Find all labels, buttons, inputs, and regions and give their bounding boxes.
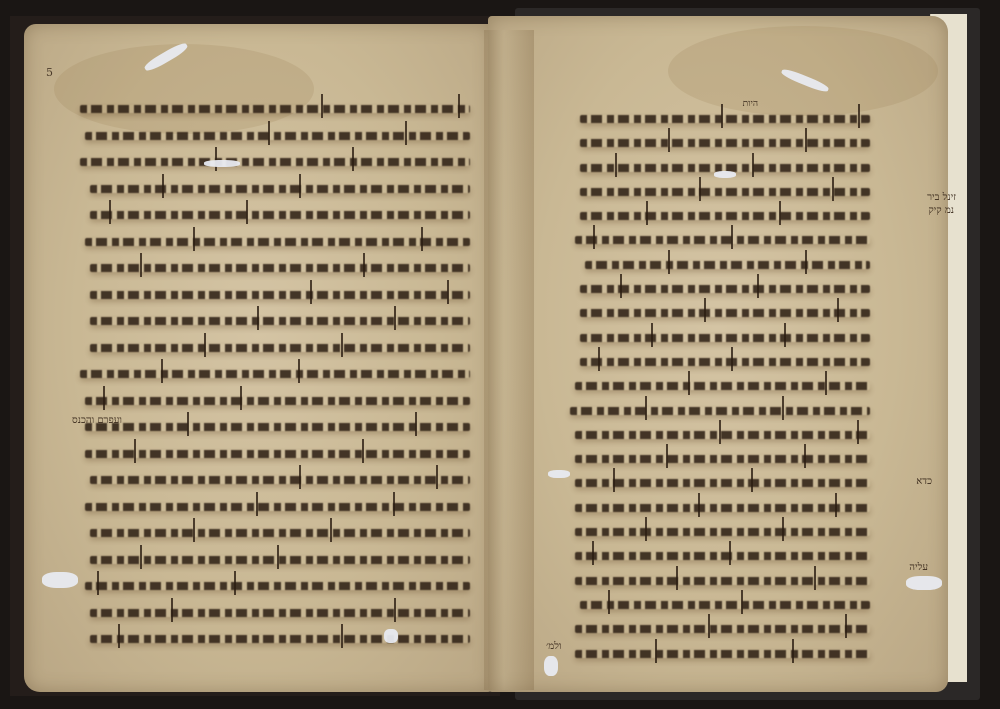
manuscript-line xyxy=(70,149,470,176)
left-page-text-block xyxy=(70,96,470,653)
letter-stroke xyxy=(321,94,323,118)
letter-stroke xyxy=(835,493,837,517)
manuscript-line xyxy=(70,308,470,335)
manuscript-line xyxy=(560,519,870,543)
letter-stroke xyxy=(415,412,417,436)
handwritten-ink xyxy=(80,105,470,113)
handwritten-ink xyxy=(90,211,470,219)
letter-stroke xyxy=(277,545,279,569)
letter-stroke xyxy=(103,386,105,410)
letter-stroke xyxy=(613,468,615,492)
letter-stroke xyxy=(805,128,807,152)
handwritten-ink xyxy=(580,115,870,123)
manuscript-line xyxy=(560,130,870,154)
manuscript-line xyxy=(70,123,470,150)
manuscript-line xyxy=(560,373,870,397)
manuscript-line xyxy=(70,335,470,362)
letter-stroke xyxy=(731,225,733,249)
handwritten-ink xyxy=(90,185,470,193)
letter-stroke xyxy=(140,253,142,277)
letter-stroke xyxy=(857,420,859,444)
handwritten-ink xyxy=(90,344,470,352)
letter-stroke xyxy=(825,371,827,395)
manuscript-line xyxy=(70,388,470,415)
letter-stroke xyxy=(731,347,733,371)
handwritten-ink xyxy=(85,397,470,405)
repair-mark xyxy=(204,160,240,167)
catchword: ולמ׳ xyxy=(546,641,561,652)
letter-stroke xyxy=(421,227,423,251)
handwritten-ink xyxy=(90,529,470,537)
manuscript-line xyxy=(560,349,870,373)
letter-stroke xyxy=(620,274,622,298)
manuscript-line xyxy=(70,96,470,123)
handwritten-ink xyxy=(85,450,470,458)
right-marginal-note-3: כדא xyxy=(916,476,932,487)
letter-stroke xyxy=(187,412,189,436)
water-stain xyxy=(668,26,938,116)
handwritten-ink xyxy=(90,291,470,299)
manuscript-line xyxy=(70,229,470,256)
letter-stroke xyxy=(645,396,647,420)
manuscript-line xyxy=(560,300,870,324)
manuscript-line xyxy=(70,202,470,229)
manuscript-line xyxy=(70,573,470,600)
letter-stroke xyxy=(97,571,99,595)
letter-stroke xyxy=(832,177,834,201)
letter-stroke xyxy=(204,333,206,357)
letter-stroke xyxy=(792,639,794,663)
letter-stroke xyxy=(598,347,600,371)
letter-stroke xyxy=(299,465,301,489)
manuscript-line xyxy=(560,641,870,665)
handwritten-ink xyxy=(575,528,870,536)
letter-stroke xyxy=(256,492,258,516)
manuscript-line xyxy=(560,106,870,130)
letter-stroke xyxy=(782,517,784,541)
repair-mark xyxy=(42,572,78,588)
manuscript-line xyxy=(560,227,870,251)
letter-stroke xyxy=(394,306,396,330)
manuscript-line xyxy=(560,592,870,616)
handwritten-ink xyxy=(90,556,470,564)
repair-mark xyxy=(544,656,558,676)
handwritten-ink xyxy=(90,635,470,643)
letter-stroke xyxy=(615,153,617,177)
letter-stroke xyxy=(362,439,364,463)
handwritten-ink xyxy=(90,476,470,484)
handwritten-ink xyxy=(575,577,870,585)
letter-stroke xyxy=(858,104,860,128)
letter-stroke xyxy=(719,420,721,444)
letter-stroke xyxy=(118,624,120,648)
handwritten-ink xyxy=(85,238,470,246)
letter-stroke xyxy=(804,444,806,468)
folio-number: 5 xyxy=(46,66,53,79)
handwritten-ink xyxy=(85,503,470,511)
letter-stroke xyxy=(592,541,594,565)
letter-stroke xyxy=(341,624,343,648)
manuscript-line xyxy=(70,467,470,494)
right-page: היות זינל ביר נמ קיק כדא עליה ולמ׳ xyxy=(488,16,948,692)
right-marginal-note-2: נמ קיק xyxy=(928,205,954,216)
letter-stroke xyxy=(814,566,816,590)
manuscript-line xyxy=(560,495,870,519)
letter-stroke xyxy=(741,590,743,614)
letter-stroke xyxy=(405,121,407,145)
letter-stroke xyxy=(215,147,217,171)
handwritten-ink xyxy=(570,407,870,415)
letter-stroke xyxy=(805,250,807,274)
manuscript-line xyxy=(560,543,870,567)
left-marginal-note: ועפרם והכנס xyxy=(72,415,122,426)
manuscript-line xyxy=(70,176,470,203)
book-gutter xyxy=(484,30,534,690)
letter-stroke xyxy=(363,253,365,277)
letter-stroke xyxy=(193,227,195,251)
letter-stroke xyxy=(729,541,731,565)
letter-stroke xyxy=(651,323,653,347)
letter-stroke xyxy=(299,174,301,198)
letter-stroke xyxy=(699,177,701,201)
manuscript-line xyxy=(70,600,470,627)
letter-stroke xyxy=(779,201,781,225)
handwritten-ink xyxy=(80,158,470,166)
letter-stroke xyxy=(257,306,259,330)
handwritten-ink xyxy=(575,236,870,244)
manuscript-line xyxy=(70,282,470,309)
manuscript-line xyxy=(560,325,870,349)
letter-stroke xyxy=(784,323,786,347)
letter-stroke xyxy=(171,598,173,622)
letter-stroke xyxy=(436,465,438,489)
letter-stroke xyxy=(134,439,136,463)
letter-stroke xyxy=(655,639,657,663)
handwritten-ink xyxy=(580,334,870,342)
letter-stroke xyxy=(757,274,759,298)
letter-stroke xyxy=(394,598,396,622)
manuscript-line xyxy=(560,616,870,640)
handwritten-ink xyxy=(580,212,870,220)
letter-stroke xyxy=(447,280,449,304)
handwritten-ink xyxy=(90,609,470,617)
manuscript-line xyxy=(560,252,870,276)
right-marginal-note-4: עליה xyxy=(909,562,928,573)
handwritten-ink xyxy=(80,370,470,378)
handwritten-ink xyxy=(575,455,870,463)
letter-stroke xyxy=(668,250,670,274)
letter-stroke xyxy=(268,121,270,145)
manuscript-line xyxy=(560,470,870,494)
right-page-text-block xyxy=(560,106,870,665)
manuscript-line xyxy=(70,494,470,521)
handwritten-ink xyxy=(575,431,870,439)
manuscript-line xyxy=(560,398,870,422)
letter-stroke xyxy=(666,444,668,468)
letter-stroke xyxy=(751,468,753,492)
repair-mark xyxy=(714,171,736,178)
handwritten-ink xyxy=(85,423,470,431)
handwritten-ink xyxy=(580,309,870,317)
letter-stroke xyxy=(704,298,706,322)
manuscript-line xyxy=(70,361,470,388)
handwritten-ink xyxy=(85,132,470,140)
letter-stroke xyxy=(593,225,595,249)
letter-stroke xyxy=(109,200,111,224)
letter-stroke xyxy=(668,128,670,152)
letter-stroke xyxy=(458,94,460,118)
repair-mark xyxy=(906,576,942,590)
handwritten-ink xyxy=(580,601,870,609)
handwritten-ink xyxy=(575,504,870,512)
manuscript-line xyxy=(560,568,870,592)
manuscript-line xyxy=(70,626,470,653)
handwritten-ink xyxy=(90,264,470,272)
letter-stroke xyxy=(645,517,647,541)
letter-stroke xyxy=(330,518,332,542)
letter-stroke xyxy=(193,518,195,542)
letter-stroke xyxy=(708,614,710,638)
repair-mark xyxy=(384,629,398,643)
manuscript-line xyxy=(70,441,470,468)
letter-stroke xyxy=(676,566,678,590)
manuscript-line xyxy=(70,255,470,282)
left-page: 5 ועפרם והכנס xyxy=(24,24,492,692)
letter-stroke xyxy=(782,396,784,420)
handwritten-ink xyxy=(575,625,870,633)
letter-stroke xyxy=(837,298,839,322)
handwritten-ink xyxy=(575,479,870,487)
letter-stroke xyxy=(845,614,847,638)
handwritten-ink xyxy=(580,285,870,293)
right-marginal-note-1: זינל ביר xyxy=(927,192,956,203)
letter-stroke xyxy=(162,174,164,198)
handwritten-ink xyxy=(585,261,870,269)
handwritten-ink xyxy=(575,650,870,658)
letter-stroke xyxy=(752,153,754,177)
letter-stroke xyxy=(240,386,242,410)
letter-stroke xyxy=(310,280,312,304)
letter-stroke xyxy=(608,590,610,614)
handwritten-ink xyxy=(580,139,870,147)
manuscript-line xyxy=(560,179,870,203)
letter-stroke xyxy=(352,147,354,171)
letter-stroke xyxy=(140,545,142,569)
handwritten-ink xyxy=(85,582,470,590)
manuscript-line xyxy=(560,446,870,470)
manuscript-line xyxy=(560,203,870,227)
letter-stroke xyxy=(161,359,163,383)
letter-stroke xyxy=(688,371,690,395)
letter-stroke xyxy=(646,201,648,225)
letter-stroke xyxy=(393,492,395,516)
letter-stroke xyxy=(298,359,300,383)
letter-stroke xyxy=(341,333,343,357)
handwritten-ink xyxy=(580,358,870,366)
repair-mark xyxy=(548,470,570,478)
letter-stroke xyxy=(246,200,248,224)
manuscript-line xyxy=(560,276,870,300)
manuscript-line xyxy=(70,547,470,574)
letter-stroke xyxy=(234,571,236,595)
manuscript-line xyxy=(560,422,870,446)
handwritten-ink xyxy=(90,317,470,325)
letter-stroke xyxy=(698,493,700,517)
manuscript-line xyxy=(70,414,470,441)
handwritten-ink xyxy=(575,552,870,560)
letter-stroke xyxy=(721,104,723,128)
handwritten-ink xyxy=(580,188,870,196)
manuscript-line xyxy=(70,520,470,547)
